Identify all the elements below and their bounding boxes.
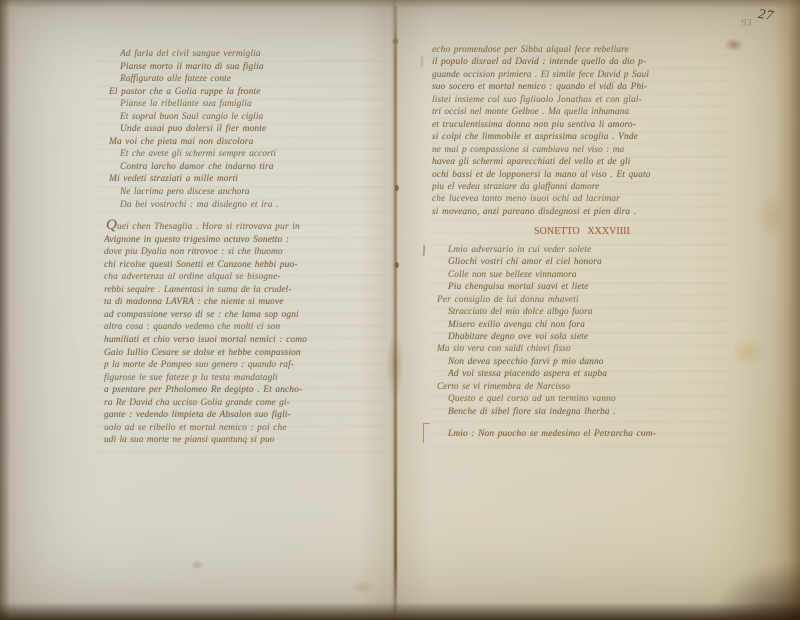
manuscript-line: si moveano, anzi pareano disdegnosi et p… — [432, 206, 732, 218]
manuscript-line: Questo e quel corso ad un termino vanno — [432, 393, 732, 405]
manuscript-line: rebbi sequire . Lamentasi in suma de la … — [104, 284, 396, 297]
parchment-stain — [730, 338, 766, 368]
manuscript-line: Stracciato del mio dolce albgo fuora — [432, 306, 732, 318]
manuscript-line: il populo disrael ad David : intende que… — [432, 56, 732, 68]
manuscript-line: chi ricolse questi Sonetti et Canzone he… — [104, 259, 396, 272]
manuscript-line: echo promendose per Sibba alqual fece re… — [432, 44, 732, 56]
manuscript-line: si colpi che limmobile et asprissima sco… — [432, 131, 732, 143]
manuscript-line: figurose le sue fateze p la testa mandat… — [104, 372, 396, 385]
manuscript-line: havea gli schermi aparecchiati del vello… — [432, 156, 732, 168]
section-gap — [432, 418, 732, 426]
manuscript-line: ta di madonna LAVRA : che niente si muov… — [104, 296, 396, 309]
manuscript-line: Quei chen Thesaglia . Hora si ritrovava … — [104, 219, 396, 234]
manuscript-line: guande occision primiera . El simile fec… — [432, 69, 732, 81]
page-edge-right — [774, 0, 800, 620]
section-gap — [104, 211, 396, 219]
manuscript-line: Gaio Iullio Cesare se dolse et hebbe com… — [104, 347, 396, 360]
manuscript-line: humiliati et chio verso isuoi mortal nem… — [104, 334, 396, 347]
manuscript-line: uolo ad se ribello et mortal nemico : po… — [104, 422, 396, 435]
manuscript-line: Ne lacrima pero discese anchora — [104, 186, 396, 199]
manuscript-line: Certo se vi rimembra de Narcisso — [432, 381, 732, 393]
manuscript-line: udi la sua morte ne piansi quantunq si p… — [104, 434, 396, 447]
section-gap — [432, 218, 732, 226]
manuscript-line: Raffigurato alle fateze conte — [104, 73, 396, 86]
manuscript-line: Colle non sue belleze vinnamora — [432, 269, 732, 281]
manuscript-line: Ad farla del civil sangue vermiglia — [104, 48, 396, 61]
manuscript-line: Ma sio vera con saldi chiovi fisso — [432, 343, 732, 355]
binding-thread — [392, 36, 399, 46]
manuscript-line: Ad voi stessa piacendo aspera et supba — [432, 368, 732, 380]
gutter-stain — [386, 330, 404, 400]
manuscript-line: Non devea specchio farvi p mio danno — [432, 356, 732, 368]
manuscript-line: ne mai p compassione si cambiava nel vis… — [432, 144, 732, 156]
parchment-stain — [190, 560, 204, 570]
manuscript-line: ad compassione verso di se : che lama so… — [104, 309, 396, 322]
manuscript-line: Per consiglio de lui donna mhaveti — [432, 294, 732, 306]
left-page: Ad farla del civil sangue vermigliaPians… — [104, 48, 396, 447]
manuscript-line: tri occisi nel monte Gelboe . Ma quella … — [432, 106, 732, 118]
manuscript-line: Avignone in questo trigesimo octavo Sone… — [104, 234, 396, 247]
manuscript-line: Pianse la ribellante sua famiglia — [104, 98, 396, 111]
manuscript-line: et truculentissima donna non piu sentiva… — [432, 119, 732, 131]
manuscript-line: cha advertenza al ordine alqual se bisog… — [104, 271, 396, 284]
manuscript-line: Da bei vostrochi : ma disdegno et ira . — [104, 199, 396, 212]
manuscript-line: Lmio adversario in cui veder solete — [432, 244, 732, 256]
manuscript-line: Gliochi vostri chi amor el ciel honora — [432, 256, 732, 268]
page-edge-left — [0, 0, 10, 620]
right-page-poem: Lmio adversario in cui veder soleteGlioc… — [432, 244, 732, 418]
manuscript-line: che lucevea tanto meno isuoi ochi ad lac… — [432, 193, 732, 205]
page-edge-bottom — [0, 602, 800, 620]
manuscript-line: ochi bassi et de lopponersi la mano al v… — [432, 169, 732, 181]
manuscript-spread: Ad farla del civil sangue vermigliaPians… — [0, 0, 800, 620]
manuscript-line: Mi vedeti straziati a mille morti — [104, 173, 396, 186]
manuscript-line: listei insieme col suo figliuolo Jonatha… — [432, 94, 732, 106]
page-edge-top — [0, 0, 800, 8]
page-corner-shadow — [710, 560, 800, 620]
manuscript-line: altra cosa : quando vedemo che molti ci … — [104, 321, 396, 334]
manuscript-line: ra Re David cha ucciso Golia grande come… — [104, 397, 396, 410]
manuscript-line: dove piu Dyalia non ritrovoe : si che lh… — [104, 246, 396, 259]
manuscript-line: Piu chenguisa mortal suavi et liete — [432, 281, 732, 293]
manuscript-line: suo socero et mortal nemico : quando el … — [432, 81, 732, 93]
manuscript-line: Unde assai puo dolersi il fier monte — [104, 123, 396, 136]
manuscript-line: Ma voi che pieta mai non discolora — [104, 136, 396, 149]
folio-number-ink: 27 — [757, 7, 775, 25]
manuscript-line: Misero exilio avenga chi non fora — [432, 319, 732, 331]
manuscript-line: gante : vedendo limpieta de Absalon suo … — [104, 409, 396, 422]
manuscript-line: piu el vedea straziare da glaffanni damo… — [432, 181, 732, 193]
manuscript-line: Dhabitare degno ove voi sola siete — [432, 331, 732, 343]
manuscript-line: a psentare per Ptholomeo Re degipto . Et… — [104, 384, 396, 397]
manuscript-line: Benche di sibel fiore sia indegna lherba… — [432, 406, 732, 418]
left-page-commentary: Quei chen Thesaglia . Hora si ritrovava … — [104, 219, 396, 447]
commentary-incipit-line: Lmio : Non puocho se medesimo el Petrarc… — [432, 428, 732, 440]
manuscript-line: Pianse morto il marito di sua figlia — [104, 61, 396, 74]
sewing-station — [395, 262, 399, 268]
right-page-commentary: echo promendose per Sibba alqual fece re… — [432, 44, 732, 218]
manuscript-line: p la morte de Pompeo suo genero : quando… — [104, 359, 396, 372]
manuscript-line: Et sopral buon Saul cangio le ciglia — [104, 111, 396, 124]
sewing-station — [395, 185, 399, 191]
sonnet-heading: SONETTO XXXVIIII — [432, 226, 732, 238]
manuscript-line: El pastor che a Golia ruppe la fronte — [104, 86, 396, 99]
gutter-crease — [394, 6, 397, 612]
folio-number-pencil: 93 — [741, 18, 752, 29]
manuscript-line: Et che avete gli schermi sempre accorti — [104, 148, 396, 161]
manuscript-line: Contra larcho damor che indarno tira — [104, 161, 396, 174]
left-page-poem: Ad farla del civil sangue vermigliaPians… — [104, 48, 396, 211]
right-page: echo promendose per Sibba alqual fece re… — [432, 44, 732, 441]
